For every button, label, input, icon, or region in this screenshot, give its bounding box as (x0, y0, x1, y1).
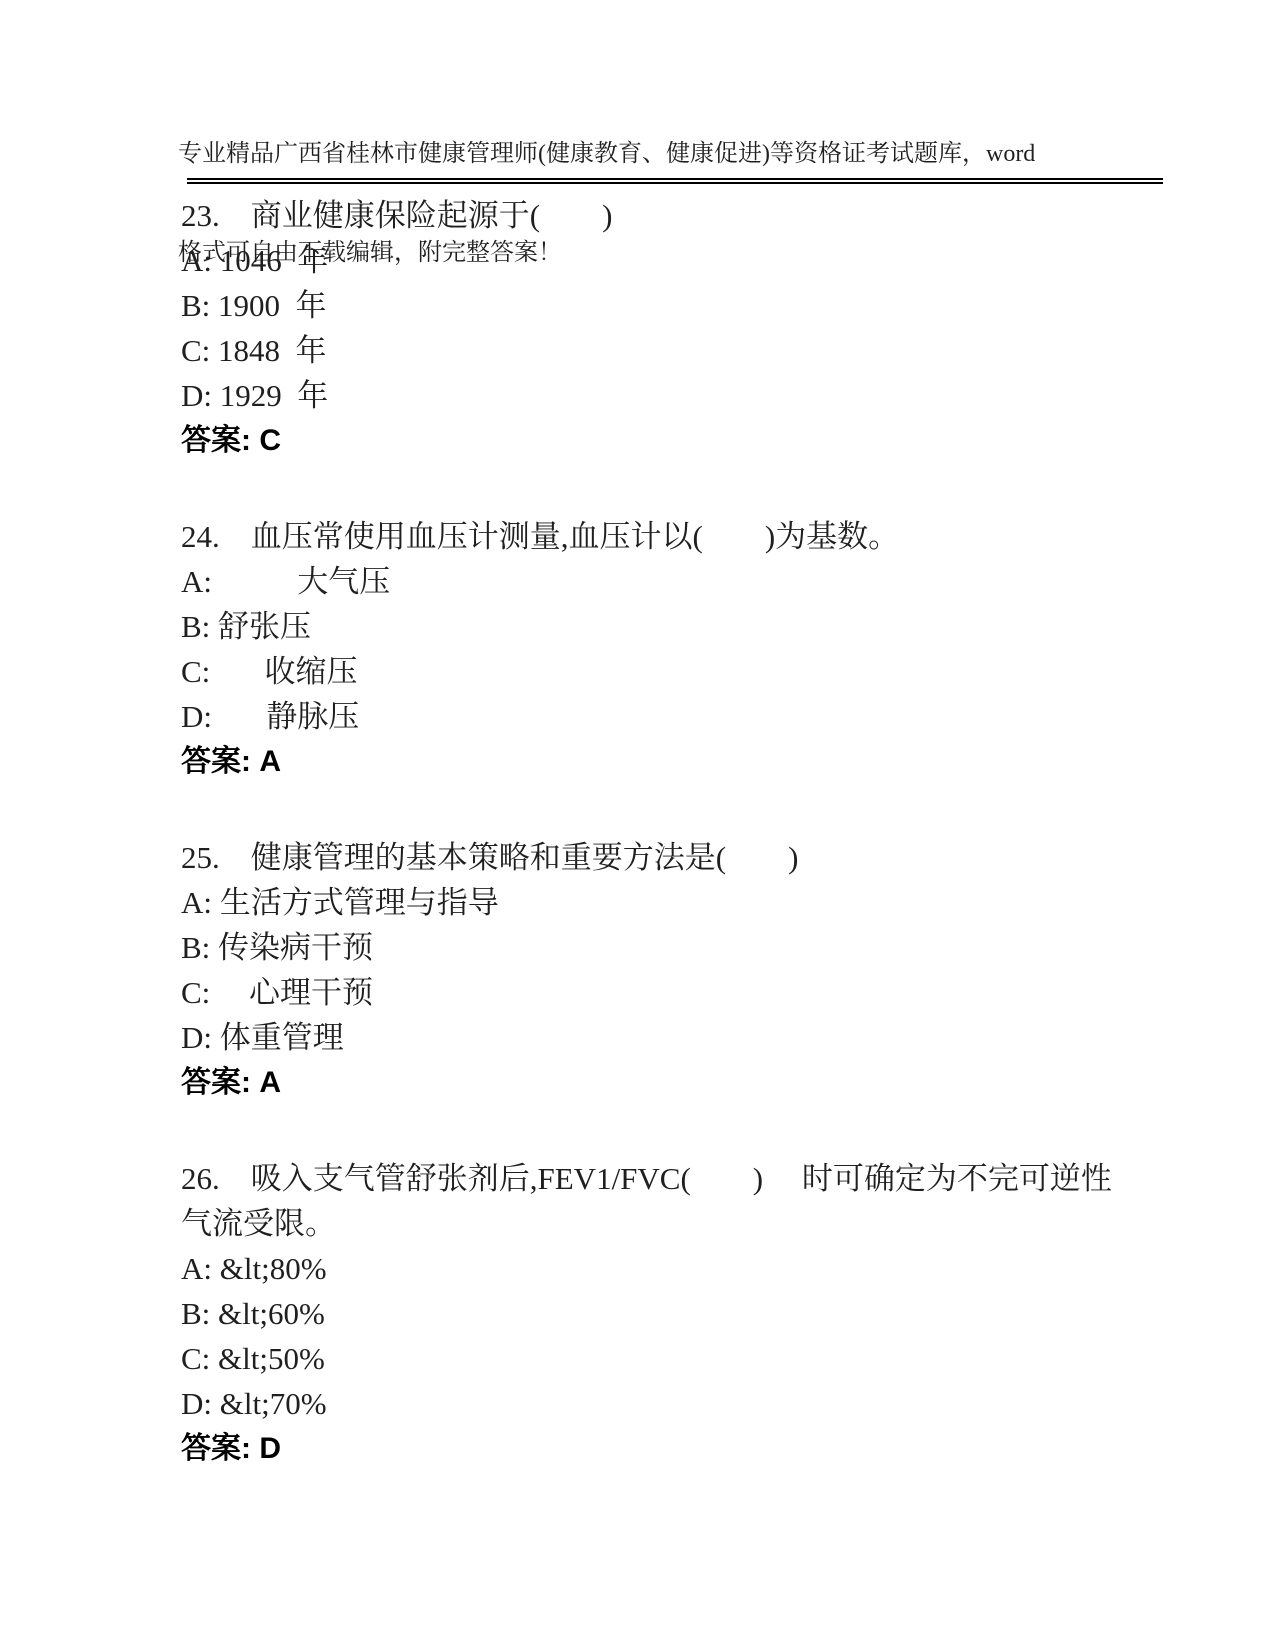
question-24-text: 24. 血压常使用血压计测量,血压计以( )为基数。 (181, 514, 1181, 559)
question-block-24: 24. 血压常使用血压计测量,血压计以( )为基数。 A: 大气压 B: 舒张压… (181, 514, 1181, 784)
question-25-option-a: A: 生活方式管理与指导 (181, 880, 1181, 925)
header-divider-rule (187, 178, 1163, 184)
question-block-25: 25. 健康管理的基本策略和重要方法是( ) A: 生活方式管理与指导 B: 传… (181, 835, 1181, 1105)
question-25-text: 25. 健康管理的基本策略和重要方法是( ) (181, 835, 1181, 880)
question-26-option-b: B: &lt;60% (181, 1291, 1181, 1336)
document-page: 专业精品广西省桂林市健康管理师(健康教育、健康促进)等资格证考试题库，word … (0, 0, 1275, 1650)
question-block-23: 23. 商业健康保险起源于( ) A: 1046 年 B: 1900 年 C: … (181, 193, 1181, 463)
question-23-answer: 答案: C (181, 418, 1181, 463)
question-26-option-d: D: &lt;70% (181, 1381, 1181, 1426)
question-24-answer: 答案: A (181, 739, 1181, 784)
question-26-text-line-2: 气流受限。 (181, 1201, 1181, 1246)
question-23-option-b: B: 1900 年 (181, 283, 1181, 328)
question-25-answer: 答案: A (181, 1060, 1181, 1105)
question-23-option-c: C: 1848 年 (181, 328, 1181, 373)
question-24-option-d: D: 静脉压 (181, 694, 1181, 739)
question-23-text: 23. 商业健康保险起源于( ) (181, 193, 1181, 238)
document-body: 23. 商业健康保险起源于( ) A: 1046 年 B: 1900 年 C: … (181, 193, 1181, 1522)
question-24-option-c: C: 收缩压 (181, 649, 1181, 694)
question-23-option-d: D: 1929 年 (181, 373, 1181, 418)
question-26-answer: 答案: D (181, 1426, 1181, 1471)
question-26-text-line-1: 26. 吸入支气管舒张剂后,FEV1/FVC( ) 时可确定为不完可逆性 (181, 1156, 1181, 1201)
question-26-option-c: C: &lt;50% (181, 1336, 1181, 1381)
question-25-option-c: C: 心理干预 (181, 970, 1181, 1015)
question-25-option-d: D: 体重管理 (181, 1015, 1181, 1060)
question-23-option-a: A: 1046 年 (181, 238, 1181, 283)
header-line-1: 专业精品广西省桂林市健康管理师(健康教育、健康促进)等资格证考试题库，word (178, 138, 1118, 171)
question-26-option-a: A: &lt;80% (181, 1246, 1181, 1291)
question-25-option-b: B: 传染病干预 (181, 925, 1181, 970)
question-block-26: 26. 吸入支气管舒张剂后,FEV1/FVC( ) 时可确定为不完可逆性 气流受… (181, 1156, 1181, 1471)
question-24-option-b: B: 舒张压 (181, 604, 1181, 649)
question-24-option-a: A: 大气压 (181, 559, 1181, 604)
